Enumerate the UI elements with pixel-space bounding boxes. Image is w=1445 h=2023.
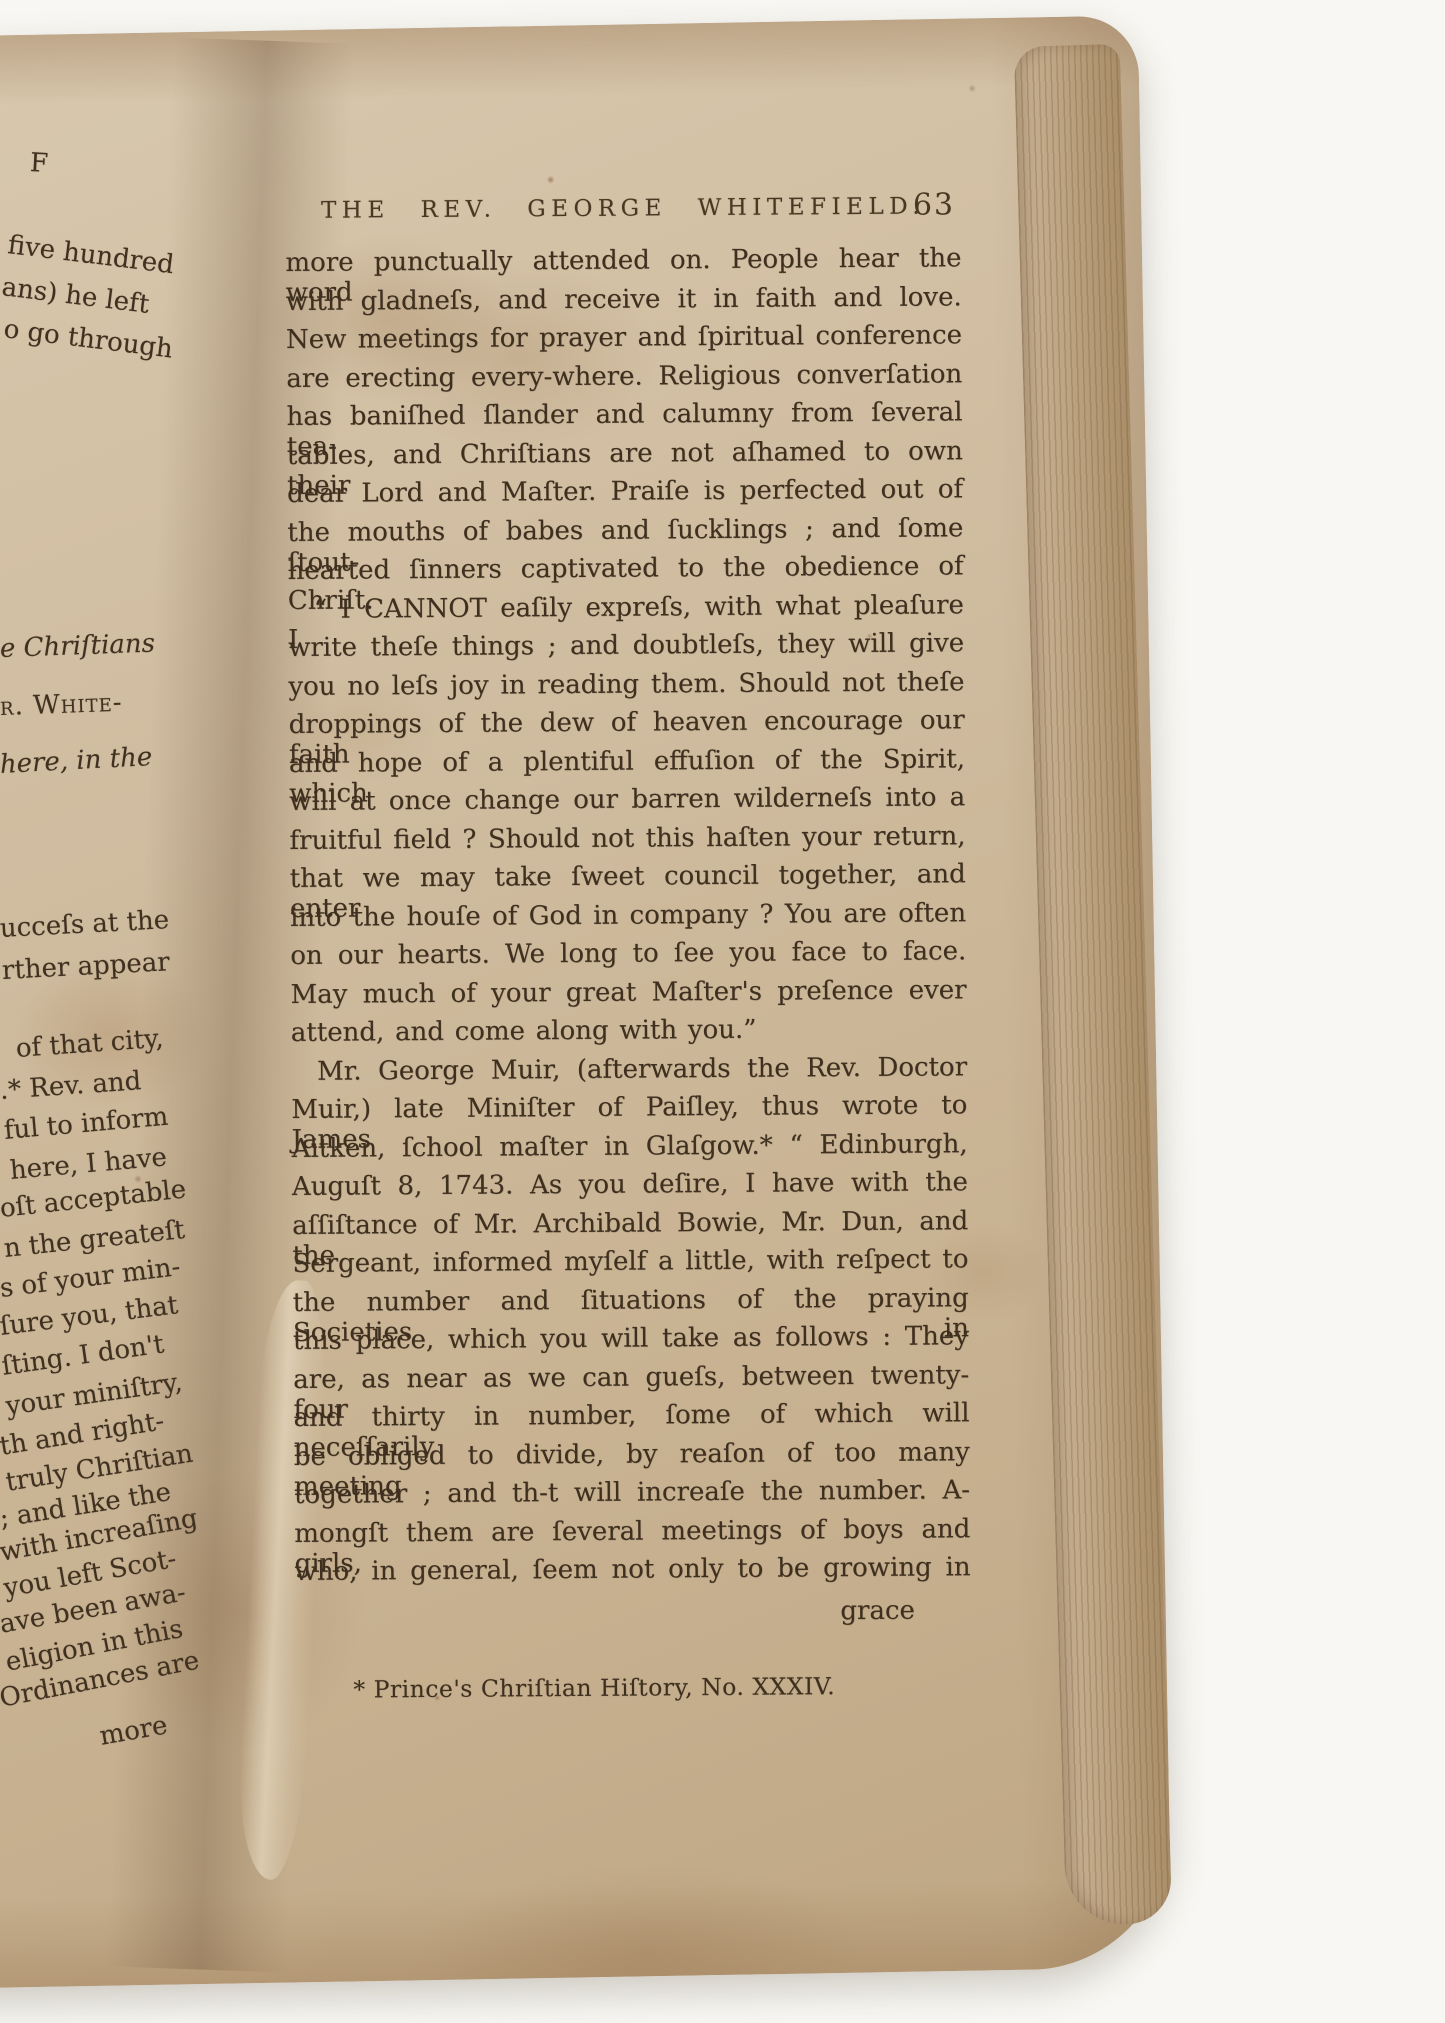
page-number: 63 — [913, 187, 955, 222]
left-page-text-fragment: more — [97, 1710, 169, 1751]
catchword: grace — [295, 1595, 971, 1630]
body-text-line: has baniſhed ſlander and calumny from ſe… — [286, 397, 962, 440]
body-text-line: New meetings for prayer and ſpiritual co… — [286, 320, 962, 363]
body-text-line: together ; and th-t will increaſe the nu… — [294, 1475, 970, 1518]
body-text-line: with gladneſs, and receive it in faith a… — [286, 282, 962, 325]
body-text-line: the mouths of babes and ſucklings ; and … — [287, 513, 963, 556]
running-header: THE REV. GEORGE WHITEFIELD. 63 — [285, 193, 961, 248]
body-text-line: more punctually attended on. People hear… — [285, 243, 961, 286]
body-text-line: and hope of a plentiful effuſion of the … — [289, 744, 965, 787]
body-text-line: Muir,) late Miniſter of Paiſley, thus wr… — [291, 1090, 967, 1133]
body-text-line: aſſiſtance of Mr. Archibald Bowie, Mr. D… — [292, 1206, 968, 1249]
header-title: THE REV. GEORGE WHITEFIELD. — [285, 193, 961, 224]
left-page-text-fragment: here, in the — [0, 742, 153, 780]
left-page-text-fragment: .* Rev. and — [0, 1066, 142, 1106]
left-page-text-fragment: rther appear — [1, 947, 170, 986]
body-text-line: tables, and Chriſtians are not aſhamed t… — [287, 436, 963, 479]
left-page-text-fragment: F — [29, 148, 49, 179]
body-text-line: and thirty in number, ſome of which will… — [293, 1398, 969, 1441]
left-page-text-fragment: five hundred — [6, 230, 175, 280]
body-text-line: attend, and come along with you.” — [291, 1013, 967, 1056]
main-page-text: THE REV. GEORGE WHITEFIELD. 63 more punc… — [285, 193, 971, 1703]
body-text-line: are erecting every-where. Religious conv… — [286, 359, 962, 402]
left-page-text-fragment: ucceſs at the — [0, 905, 170, 944]
body-text-line: Sergeant, informed myſelf a little, with… — [292, 1244, 968, 1287]
body-text-line: dear Lord and Maſter. Praiſe is perfecte… — [287, 474, 963, 517]
body-text-line: write theſe things ; and doubtleſs, they… — [288, 628, 964, 671]
body-text-line: mongſt them are ſeveral meetings of boys… — [294, 1514, 970, 1557]
photograph-backdrop: F five hundred ans) he left o go through… — [0, 0, 1445, 2023]
body-text-line: Auguſt 8, 1743. As you deſire, I have wi… — [292, 1167, 968, 1210]
body-text-line: the number and ſituations of the praying… — [293, 1283, 969, 1326]
footnote: * Prince's Chriſtian Hiſtory, No. XXXIV. — [353, 1671, 971, 1703]
left-page-text-fragment: r. White- — [0, 688, 123, 722]
left-page-text-fragment: o go through — [2, 314, 174, 364]
body-text-line: droppings of the dew of heaven encourage… — [289, 705, 965, 748]
body-text-line: are, as near as we can gueſs, between tw… — [293, 1360, 969, 1403]
body-text: more punctually attended on. People hear… — [285, 243, 970, 1595]
body-text-line: that we may take ſweet council together,… — [290, 859, 966, 902]
body-text-line: May much of your great Maſter's preſence… — [290, 975, 966, 1018]
body-text-line: hearted ſinners captivated to the obedie… — [287, 551, 963, 594]
body-text-line: will at once change our barren wilderneſ… — [289, 782, 965, 825]
left-page-text-fragment: ans) he left — [0, 272, 151, 320]
facing-page-fragments: F five hundred ans) he left o go through… — [0, 0, 230, 2023]
body-text-line: Aitken, ſchool maſter in Glaſgow.* “ Edi… — [292, 1129, 968, 1172]
body-text-line: “ I CANNOT eaſily expreſs, with what ple… — [288, 590, 964, 633]
body-text-line: this place, which you will take as follo… — [293, 1321, 969, 1364]
left-page-text-fragment: of that city, — [15, 1024, 165, 1064]
body-text-line: fruitful field ? Should not this haſten … — [289, 821, 965, 864]
body-text-line: who, in general, ſeem not only to be gro… — [294, 1552, 970, 1595]
left-page-text-fragment: e Chriſtians — [0, 629, 155, 664]
body-text-line: be obliged to divide, by reaſon of too m… — [294, 1437, 970, 1480]
body-text-line: Mr. George Muir, (afterwards the Rev. Do… — [291, 1052, 967, 1095]
body-text-line: into the houſe of God in company ? You a… — [290, 898, 966, 941]
body-text-line: you no leſs joy in reading them. Should … — [288, 667, 964, 710]
left-page-text-fragment: ful to inform — [3, 1102, 170, 1146]
body-text-line: on our hearts. We long to ſee you face t… — [290, 936, 966, 979]
